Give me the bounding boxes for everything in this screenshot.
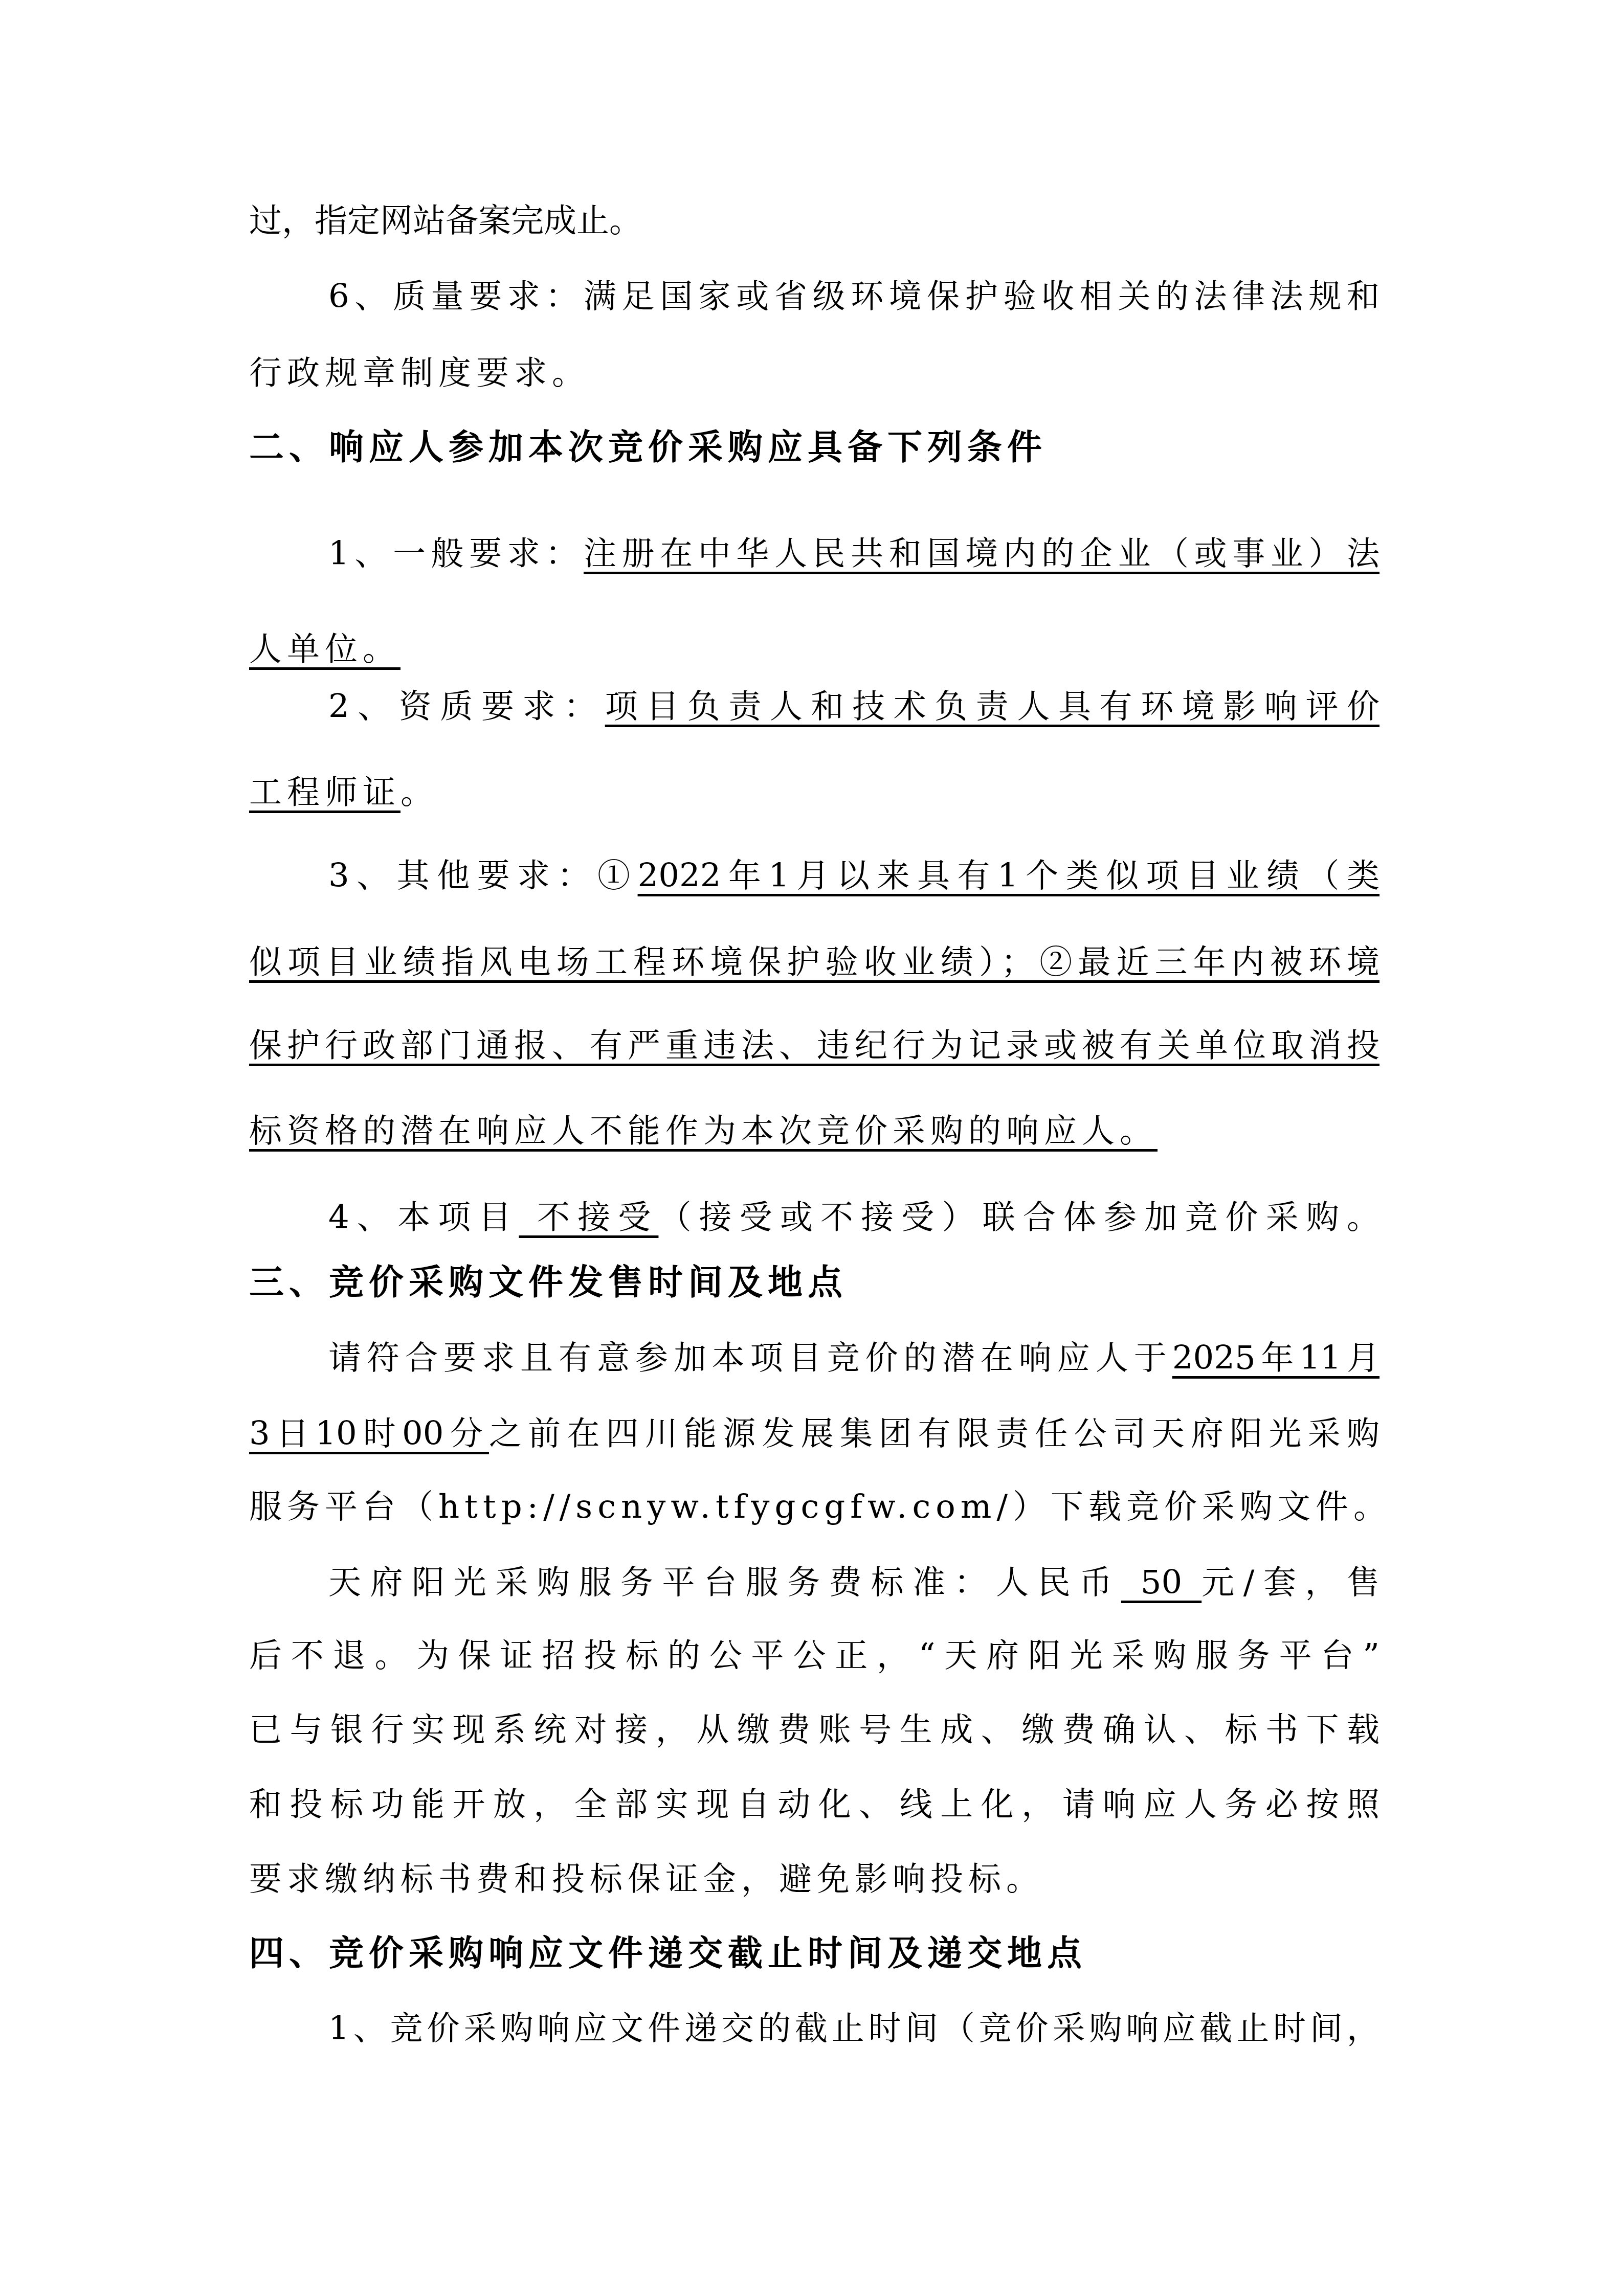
quality-requirement-text-cont: 行政规章制度要求。: [249, 354, 590, 392]
service-fee-text-5: 要求缴纳标书费和投标保证金，避免影响投标。: [249, 1860, 1044, 1898]
service-fee-amount: 50: [1121, 1564, 1202, 1602]
service-fee-line-3: 已与银行实现系统对接，从缴费账号生成、缴费确认、标书下载: [249, 1702, 1380, 1758]
general-requirement-value: 注册在中华人民共和国境内的企业（或事业）法: [584, 535, 1380, 573]
service-fee-suffix: 元/套，售: [1202, 1564, 1380, 1602]
service-fee-line-4: 和投标功能开放，全部实现自动化、线上化，请响应人务必按照: [249, 1776, 1380, 1833]
consortium-line: 4、本项目 不接受（接受或不接受）联合体参加竞价采购。: [249, 1189, 1380, 1246]
qualification-requirement-value-cont: 工程师证: [249, 774, 401, 812]
circled-number-1: ①: [597, 857, 637, 895]
section-2-heading: 二、响应人参加本次竞价采购应具备下列条件: [249, 419, 1380, 476]
service-fee-prefix: 天府阳光采购服务平台服务费标准：人民币: [328, 1564, 1121, 1602]
sale-deadline-time: 3日10时00分: [249, 1415, 489, 1453]
quality-requirement-text: 6、质量要求：满足国家或省级环境保护验收相关的法律法规和: [328, 278, 1380, 316]
qualification-requirement-line-1: 2、资质要求：项目负责人和技术负责人具有环境影响评价: [249, 679, 1380, 735]
qualification-requirement-value: 项目负责人和技术负责人具有环境影响评价: [605, 688, 1380, 726]
website-filing-text: 过，指定网站备案完成止。: [249, 202, 642, 240]
submission-deadline-line-1: 1、竞价采购响应文件递交的截止时间（竞价采购响应截止时间，: [249, 2000, 1380, 2057]
platform-url-text: 服务平台（http://scnyw.tfygcgfw.com/）下载竞价采购文件…: [249, 1488, 1391, 1526]
sale-time-line-3: 服务平台（http://scnyw.tfygcgfw.com/）下载竞价采购文件…: [249, 1479, 1380, 1535]
qualification-requirement-label: 2、资质要求：: [328, 688, 605, 726]
general-requirement-value-cont: 人单位。: [249, 631, 401, 668]
submission-deadline-text: 1、竞价采购响应文件递交的截止时间（竞价采购响应截止时间，: [328, 2010, 1380, 2047]
qualification-requirement-line-2: 工程师证。: [249, 764, 1380, 821]
general-requirement-line-2: 人单位。: [249, 621, 1380, 678]
sale-deadline-date: 2025年11月: [1172, 1339, 1380, 1377]
general-requirement-label: 1、一般要求：: [328, 535, 584, 573]
service-fee-line-1: 天府阳光采购服务平台服务费标准：人民币 50 元/套，售: [249, 1555, 1380, 1611]
section-4-heading: 四、竞价采购响应文件递交截止时间及递交地点: [249, 1925, 1380, 1982]
other-requirement-line-3: 保护行政部门通报、有严重违法、违纪行为记录或被有关单位取消投: [249, 1018, 1380, 1074]
other-requirement-line-4: 标资格的潜在响应人不能作为本次竞价采购的响应人。: [249, 1103, 1380, 1159]
service-fee-text-3: 已与银行实现系统对接，从缴费账号生成、缴费确认、标书下载: [249, 1711, 1380, 1749]
section-3-heading: 三、竞价采购文件发售时间及地点: [249, 1254, 1380, 1311]
service-fee-line-5: 要求缴纳标书费和投标保证金，避免影响投标。: [249, 1851, 1380, 1907]
document-page: 过，指定网站备案完成止。 6、质量要求：满足国家或省级环境保护验收相关的法律法规…: [0, 0, 1624, 2296]
service-fee-text-4: 和投标功能开放，全部实现自动化、线上化，请响应人务必按照: [249, 1786, 1380, 1824]
section-heading-text: 四、竞价采购响应文件递交截止时间及递交地点: [249, 1933, 1087, 1974]
sale-location-text: 之前在四川能源发展集团有限责任公司天府阳光采购: [489, 1415, 1380, 1453]
consortium-prefix: 4、本项目: [328, 1199, 519, 1236]
qualification-requirement-tail: 。: [401, 774, 438, 812]
general-requirement-line-1: 1、一般要求：注册在中华人民共和国境内的企业（或事业）法: [249, 526, 1380, 582]
consortium-value: 不接受: [519, 1199, 658, 1236]
other-requirement-value-3: 保护行政部门通报、有严重违法、违纪行为记录或被有关单位取消投: [249, 1027, 1380, 1065]
sale-time-text: 请符合要求且有意参加本项目竞价的潜在响应人于: [328, 1339, 1172, 1377]
section-heading-text: 二、响应人参加本次竞价采购应具备下列条件: [249, 427, 1047, 468]
quality-requirement-line-1: 6、质量要求：满足国家或省级环境保护验收相关的法律法规和: [249, 268, 1380, 325]
service-fee-text-2: 后不退。为保证招投标的公平公正，“天府阳光采购服务平台”: [249, 1637, 1380, 1675]
quality-requirement-line-2: 行政规章制度要求。: [249, 345, 1380, 401]
sale-time-line-2: 3日10时00分之前在四川能源发展集团有限责任公司天府阳光采购: [249, 1406, 1380, 1462]
sale-time-line-1: 请符合要求且有意参加本项目竞价的潜在响应人于2025年11月: [249, 1330, 1380, 1386]
section-heading-text: 三、竞价采购文件发售时间及地点: [249, 1262, 848, 1303]
consortium-suffix: （接受或不接受）联合体参加竞价采购。: [658, 1199, 1380, 1236]
other-requirement-value-4: 标资格的潜在响应人不能作为本次竞价采购的响应人。: [249, 1112, 1158, 1150]
other-requirement-value-2: 似项目业绩指风电场工程环境保护验收业绩）；②最近三年内被环境: [249, 943, 1380, 981]
service-fee-line-2: 后不退。为保证招投标的公平公正，“天府阳光采购服务平台”: [249, 1628, 1380, 1684]
other-requirement-label: 3、其他要求：: [328, 857, 597, 895]
other-requirement-line-2: 似项目业绩指风电场工程环境保护验收业绩）；②最近三年内被环境: [249, 934, 1380, 991]
other-requirement-value-1: 2022年1月以来具有1个类似项目业绩（类: [638, 857, 1380, 895]
other-requirement-line-1: 3、其他要求：①2022年1月以来具有1个类似项目业绩（类: [249, 848, 1380, 904]
paragraph-line: 过，指定网站备案完成止。: [249, 193, 1380, 249]
